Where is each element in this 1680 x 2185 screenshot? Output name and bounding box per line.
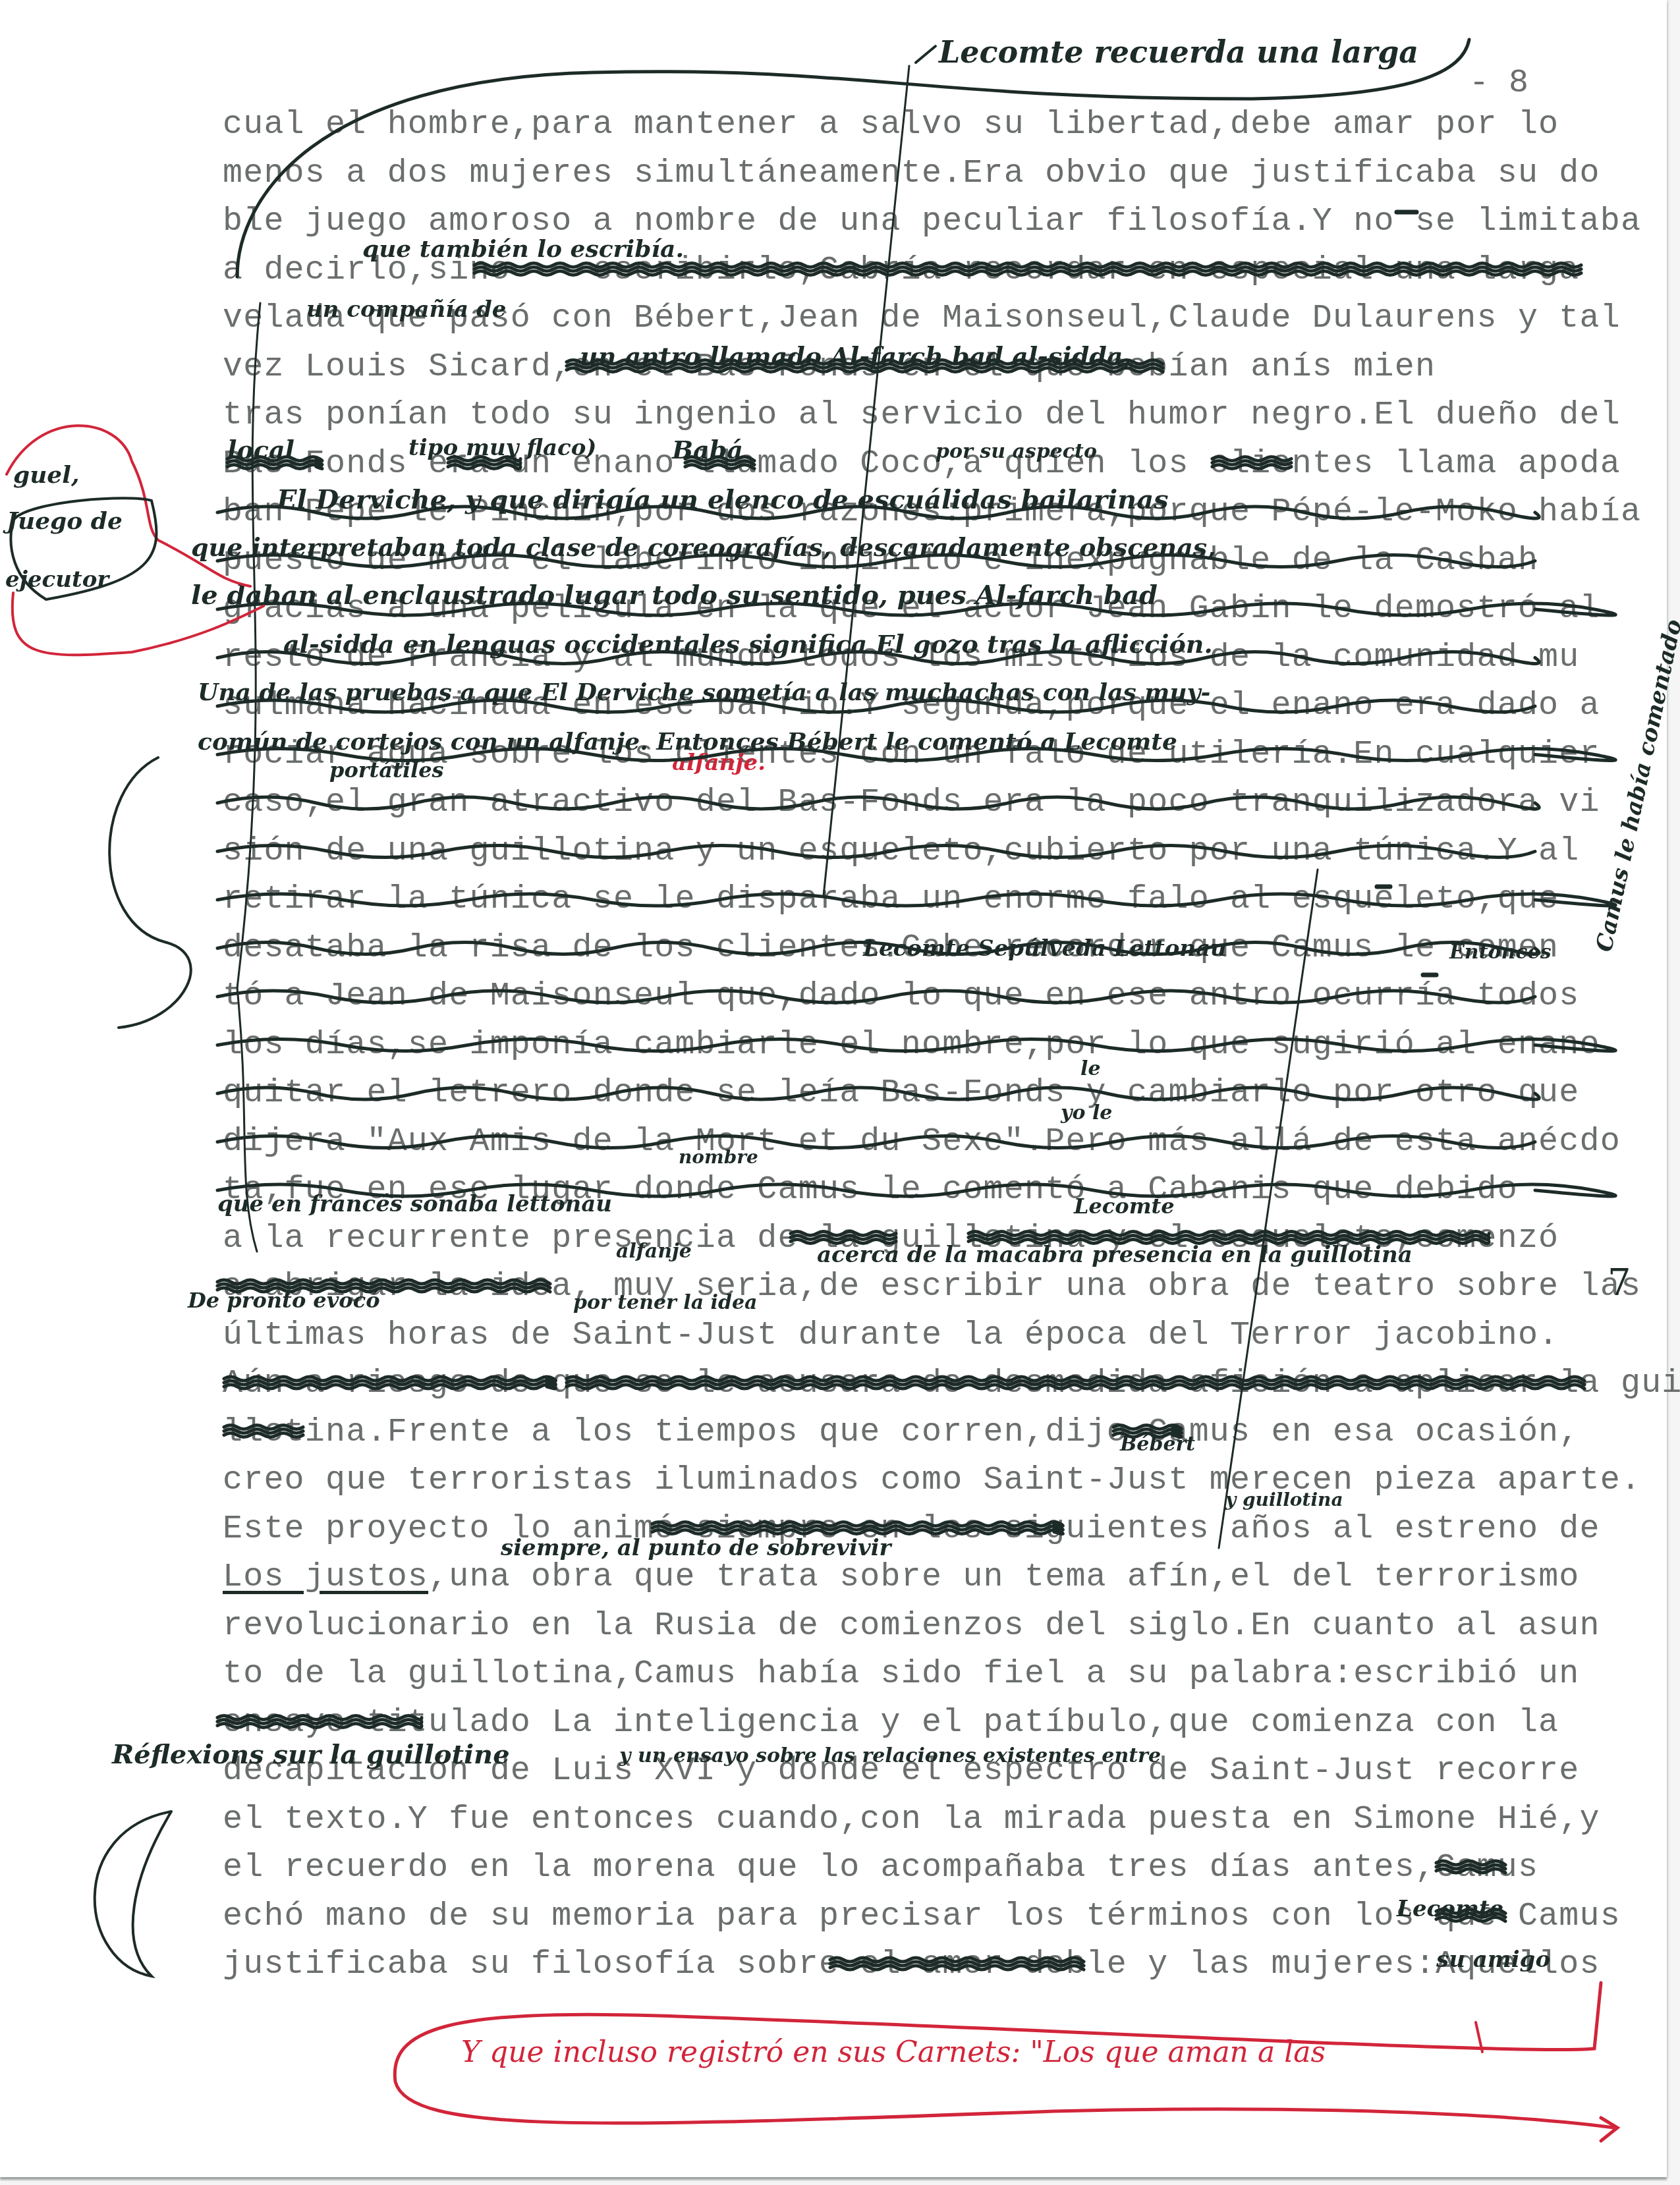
margin-note-juego: Juego de [7,507,123,535]
annotation-lecomte-36: Lecomte [1397,1896,1503,1922]
annotation-line29: siempre, al punto de sobrevivir [501,1535,891,1561]
annotation-local: local [227,435,294,464]
typed-line: revolucionario en la Rusia de comienzos … [223,1607,1600,1646]
annotation-line24: por tener la idea [573,1291,758,1314]
annotation-line24-left1: De pronto evocó [188,1288,379,1313]
annotation-bebert: Bébert [1120,1433,1195,1456]
typed-line: ensayo titulado La inteligencia y el pat… [223,1703,1559,1743]
annotation-line3: que también lo escribía. [362,235,684,263]
annotation-portatiles: portátiles [329,758,444,783]
typed-line: el recuerdo en la morena que lo acompaña… [223,1848,1538,1888]
annotation-line9: le daban al enclaustrado lugar todo su s… [191,580,1158,611]
manuscript-page: - 8 cual el hombre,para mantener a salvo… [0,0,1667,2177]
typed-line: dijera "Aux Amis de la Mort et du Sexe".… [223,1122,1621,1162]
typed-line: Este proyecto lo animó siempre en los si… [223,1510,1600,1549]
typed-line: tó a Jean de Maisonseul que,dado lo que … [223,977,1580,1016]
annotation-le: le [1080,1057,1100,1080]
red-bottom-note: Y que incluso registró en sus Carnets: "… [461,2035,1326,2069]
annotation-line11: Una de las pruebas a que El Derviche som… [198,678,1210,706]
typed-line: Aún a riesgo de que se le acusara de des… [223,1364,1680,1404]
annotation-line8: que interpretaban toda clase de coreogra… [191,532,1216,562]
typed-line: quitar el letrero donde se leía Bas-Fond… [223,1074,1580,1113]
typed-line: to de la guillotina,Camus había sido fie… [223,1655,1580,1694]
annotation-line7: El Derviche, y que dirigía un elenco de … [277,484,1169,515]
typed-line: caso,el gran atractivo del Bas-Fonds era… [223,783,1600,823]
annotation-line5: un antro llamado Al-farch bad al-sidda, [580,341,1132,371]
annotation-line10: al-sidda en lenguas occidentales signifi… [283,629,1213,659]
annotation-line4: un compañía de [306,296,506,323]
annotation-yo-le: yo le [1061,1101,1112,1124]
margin-note-guel: guel, [13,461,79,489]
typed-line: sión de una guillotina y un esqueleto,cu… [223,832,1580,871]
top-note: Lecomte recuerda una larga [939,34,1418,70]
typed-line: tras ponían todo su ingenio al servicio … [223,396,1621,435]
margin-mark-seven: 7 [1608,1261,1631,1304]
annotation-nombre: nombre [679,1146,758,1168]
annotation-lecomte-22: Lecomte [1074,1194,1175,1219]
typed-line: cual el hombre,para mantener a salvo su … [223,105,1559,145]
annotation-entonces: Entonces [1449,941,1552,964]
annotation-baba: Babá [672,435,743,464]
typed-line: llotina.Frente a los tiempos que corren,… [223,1413,1580,1452]
annotation-alfanje: alfanje [616,1240,692,1263]
typed-line: a abrigar la idea, muy seria,de escribir… [223,1267,1641,1307]
annotation-reflexions: Réflexions sur la guillotine [112,1739,510,1770]
annotation-guillotina: y guillotina [1225,1489,1343,1510]
margin-note-ejecutor: ejecutor [5,567,109,593]
annotation-su-amigo: su amigo [1436,1947,1550,1973]
page-number: - 8 [1469,65,1528,102]
annotation-tipo: tipo muy flaco) [408,435,596,461]
typed-line: retirar la túnica se le disparaba un eno… [223,880,1559,920]
typed-line: justificaba su filosofía sobre el amor d… [223,1945,1600,1985]
annotation-line23: acerca de la macabra presencia en la gui… [817,1242,1413,1268]
typed-line: los días,se imponía cambiarle el nombre,… [223,1026,1600,1065]
annotation-line21: que en francés sonaba lettonau [217,1191,612,1217]
typed-line: menos a dos mujeres simultáneamente.Era … [223,154,1600,194]
margin-note-vertical: Camus le había comentado [1591,617,1680,954]
annotation-aspecto: por su aspecto [936,440,1097,463]
typed-line: Los justos,una obra que trata sobre un t… [223,1558,1580,1597]
typed-line: últimas horas de Saint-Just durante la é… [223,1316,1559,1356]
typed-line: el texto.Y fue entonces cuando,con la mi… [223,1800,1600,1840]
typed-line: creo que terroristas iluminados como Sai… [223,1461,1641,1501]
annotation-line32: y un ensayo sobre las relaciones existen… [619,1744,1161,1767]
annotation-line16: Lecomte Sepúlveda Lettonau [863,935,1227,962]
annotation-red-alfanje: alfanje. [672,750,766,776]
